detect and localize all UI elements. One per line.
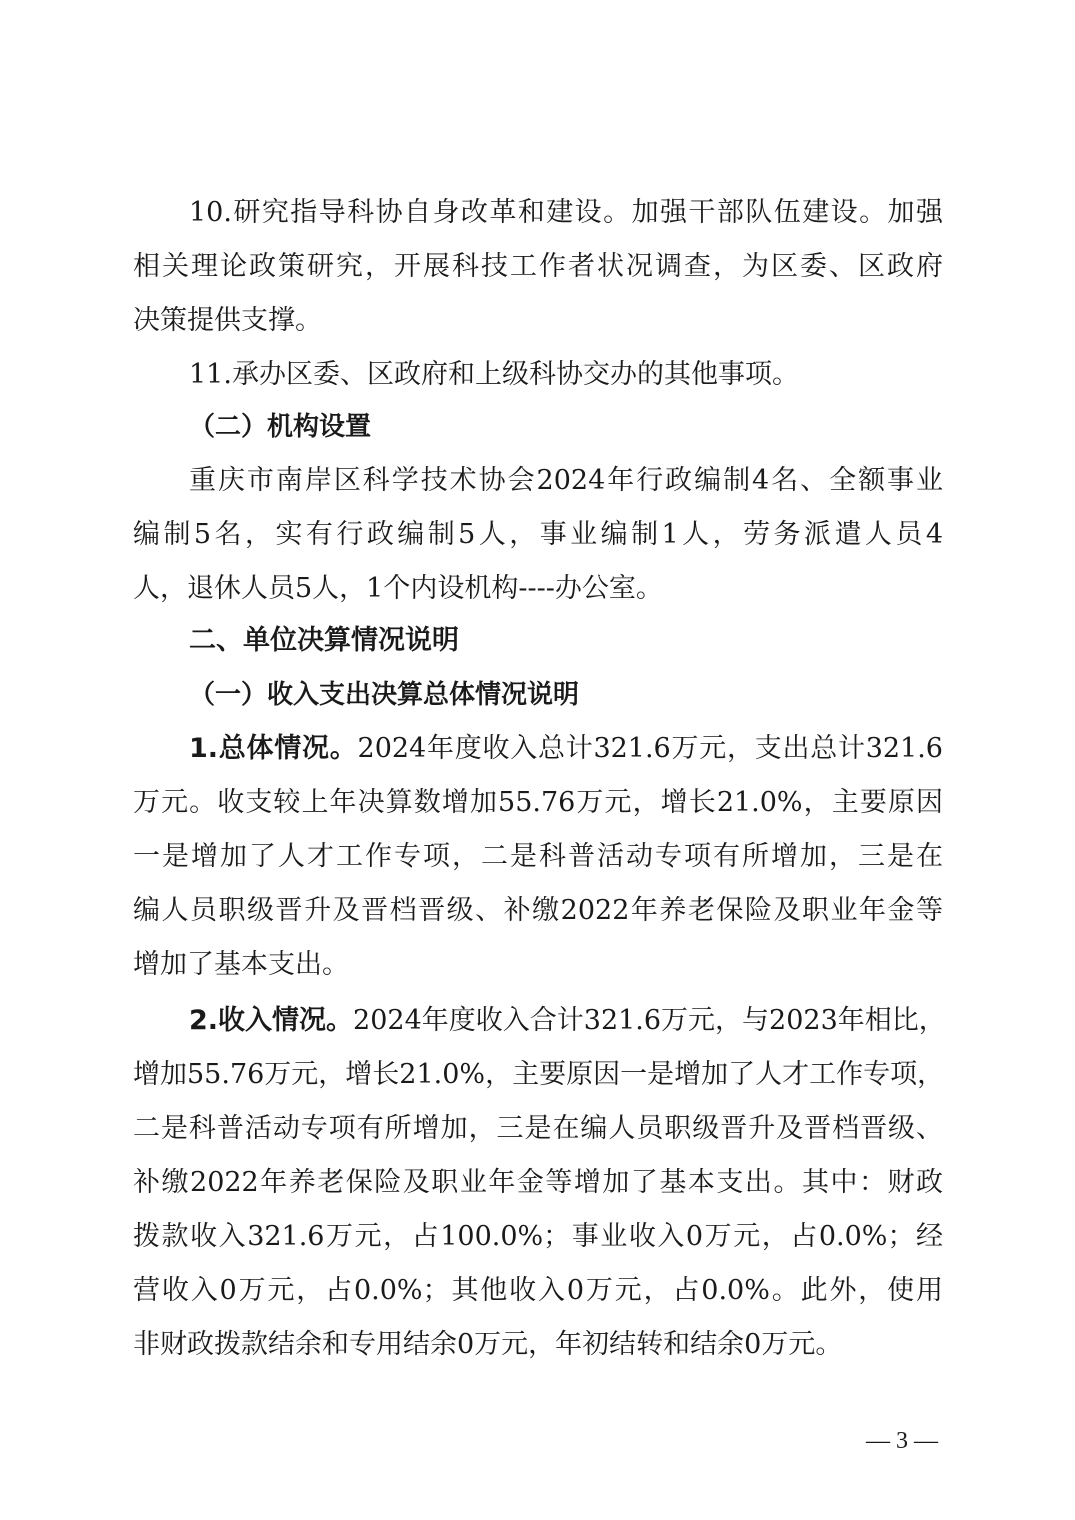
- income-paragraph-line-4: 补缴2022年养老保险及职业年金等增加了基本支出。其中：财政: [133, 1167, 943, 1199]
- document-page: 10.研究指导科协自身改革和建设。加强干部队伍建设。加强 相关理论政策研究，开展…: [0, 0, 1075, 1520]
- paragraph-item-10-line-3: 决策提供支撑。: [133, 305, 943, 337]
- income-paragraph-line-1: 2.收入情况。2024年度收入合计321.6万元，与2023年相比，: [189, 1005, 943, 1037]
- income-paragraph-line-6: 营收入0万元，占0.0%；其他收入0万元，占0.0%。此外，使用: [133, 1275, 943, 1307]
- overview-paragraph-line-2: 万元。收支较上年决算数增加55.76万元，增长21.0%，主要原因: [133, 787, 943, 819]
- income-paragraph-line-7: 非财政拨款结余和专用结余0万元，年初结转和结余0万元。: [133, 1329, 943, 1361]
- overview-paragraph-line-4: 编人员职级晋升及晋档晋级、补缴2022年养老保险及职业年金等: [133, 895, 943, 927]
- overview-paragraph-line-3: 一是增加了人才工作专项，二是科普活动专项有所增加，三是在: [133, 841, 943, 873]
- institution-paragraph-line-3: 人，退休人员5人，1个内设机构----办公室。: [133, 573, 943, 605]
- overview-paragraph-line-1: 1.总体情况。2024年度收入总计321.6万元，支出总计321.6: [189, 733, 943, 765]
- paragraph-item-11: 11.承办区委、区政府和上级科协交办的其他事项。: [189, 359, 943, 391]
- income-paragraph-line-5: 拨款收入321.6万元，占100.0%；事业收入0万元，占0.0%；经: [133, 1221, 943, 1253]
- paragraph-item-10-line-1: 10.研究指导科协自身改革和建设。加强干部队伍建设。加强: [189, 197, 943, 229]
- income-paragraph-line-3: 二是科普活动专项有所增加，三是在编人员职级晋升及晋档晋级、: [133, 1113, 943, 1145]
- overview-paragraph-line-5: 增加了基本支出。: [133, 949, 943, 981]
- subsection-heading-income-expense-overview: （一）收入支出决算总体情况说明: [189, 679, 999, 711]
- section-heading-institution-setup: （二）机构设置: [189, 411, 999, 443]
- section-heading-final-accounts: 二、单位决算情况说明: [189, 625, 999, 657]
- income-lead: 2.收入情况。: [189, 1005, 353, 1036]
- income-paragraph-line-2: 增加55.76万元，增长21.0%，主要原因一是增加了人才工作专项，: [133, 1059, 943, 1091]
- overview-lead: 1.总体情况。: [189, 733, 358, 764]
- institution-paragraph-line-2: 编制5名，实有行政编制5人，事业编制1人，劳务派遣人员4: [133, 519, 943, 551]
- income-line-1-text: 2024年度收入合计321.6万元，与2023年相比，: [353, 1005, 946, 1036]
- institution-paragraph-line-1: 重庆市南岸区科学技术协会2024年行政编制4名、全额事业: [189, 465, 943, 497]
- page-number: — 3 —: [866, 1428, 938, 1455]
- overview-line-1-text: 2024年度收入总计321.6万元，支出总计321.6: [358, 733, 943, 764]
- paragraph-item-10-line-2: 相关理论政策研究，开展科技工作者状况调查，为区委、区政府: [133, 251, 943, 283]
